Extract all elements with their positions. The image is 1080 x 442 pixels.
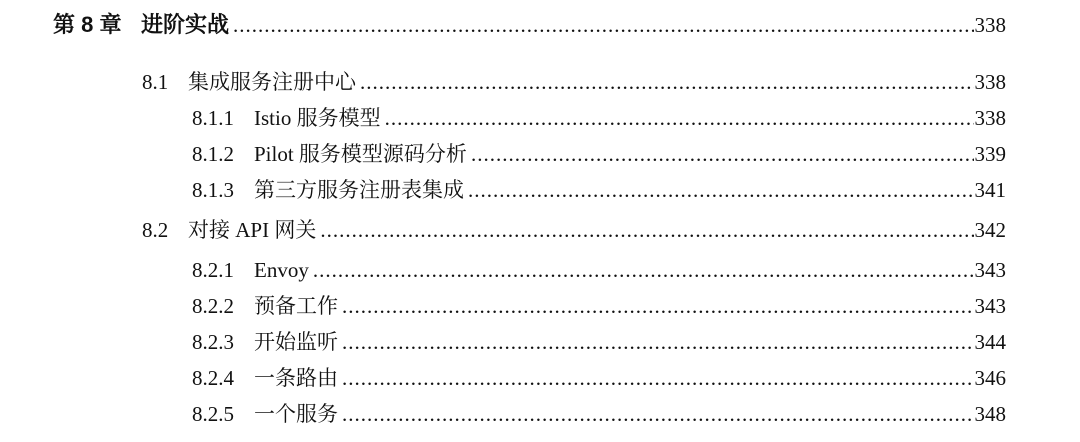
entry-page-number: 338 (975, 64, 1007, 100)
entry-number: 8.2.2 (192, 288, 254, 324)
entry-number: 8.2 (142, 212, 188, 248)
dot-leader (342, 360, 974, 396)
dot-leader (342, 396, 974, 432)
entry-number: 8.2.3 (192, 324, 254, 360)
entry-number: 8.1.1 (192, 100, 254, 136)
entry-title: 第三方服务注册表集成 (254, 172, 464, 208)
entry-page-number: 338 (975, 100, 1007, 136)
dot-leader (313, 252, 974, 288)
table-of-contents: 第 8 章 进阶实战 338 8.1 集成服务注册中心 338 8.1.1 Is… (0, 0, 1080, 432)
entry-page-number: 343 (975, 252, 1007, 288)
entry-number: 8.1.3 (192, 172, 254, 208)
chapter-number: 第 8 章 (53, 7, 141, 43)
toc-entry-row[interactable]: 8.2 对接 API 网关 342 (53, 212, 1006, 248)
entry-page-number: 341 (975, 172, 1007, 208)
entry-title: Istio 服务模型 (254, 100, 381, 136)
toc-entry-row[interactable]: 8.2.3 开始监听 344 (53, 324, 1006, 360)
dot-leader (320, 212, 973, 248)
dot-leader (385, 100, 974, 136)
toc-entries: 8.1 集成服务注册中心 338 8.1.1 Istio 服务模型 338 8.… (53, 64, 1006, 432)
toc-entry-row[interactable]: 8.1.2 Pilot 服务模型源码分析 339 (53, 136, 1006, 172)
toc-entry-row[interactable]: 8.2.1 Envoy 343 (53, 252, 1006, 288)
entry-number: 8.1.2 (192, 136, 254, 172)
entry-number: 8.1 (142, 64, 188, 100)
toc-entry-row[interactable]: 8.1.3 第三方服务注册表集成 341 (53, 172, 1006, 208)
entry-page-number: 339 (975, 136, 1007, 172)
dot-leader (233, 7, 973, 43)
entry-title: 对接 API 网关 (188, 212, 316, 248)
entry-page-number: 348 (975, 396, 1007, 432)
dot-leader (471, 136, 974, 172)
entry-title: Pilot 服务模型源码分析 (254, 136, 467, 172)
dot-leader (342, 288, 974, 324)
dot-leader (468, 172, 974, 208)
entry-page-number: 343 (975, 288, 1007, 324)
entry-title: 一条路由 (254, 360, 338, 396)
entry-title: 开始监听 (254, 324, 338, 360)
toc-page: 第 8 章 进阶实战 338 8.1 集成服务注册中心 338 8.1.1 Is… (0, 0, 1080, 442)
entry-title: 预备工作 (254, 288, 338, 324)
toc-entry-row[interactable]: 8.1 集成服务注册中心 338 (53, 64, 1006, 100)
entry-page-number: 342 (975, 212, 1007, 248)
entry-number: 8.2.5 (192, 396, 254, 432)
toc-entry-row[interactable]: 8.2.5 一个服务 348 (53, 396, 1006, 432)
chapter-title: 进阶实战 (141, 7, 229, 43)
dot-leader (360, 64, 974, 100)
entry-page-number: 346 (975, 360, 1007, 396)
entry-number: 8.2.4 (192, 360, 254, 396)
toc-entry-row[interactable]: 8.1.1 Istio 服务模型 338 (53, 100, 1006, 136)
toc-entry-row[interactable]: 8.2.2 预备工作 343 (53, 288, 1006, 324)
entry-title: 集成服务注册中心 (188, 64, 356, 100)
toc-chapter-row[interactable]: 第 8 章 进阶实战 338 (53, 7, 1006, 43)
entry-title: 一个服务 (254, 396, 338, 432)
entry-number: 8.2.1 (192, 252, 254, 288)
toc-entry-row[interactable]: 8.2.4 一条路由 346 (53, 360, 1006, 396)
dot-leader (342, 324, 974, 360)
entry-title: Envoy (254, 252, 309, 288)
chapter-page-number: 338 (975, 7, 1007, 43)
entry-page-number: 344 (975, 324, 1007, 360)
